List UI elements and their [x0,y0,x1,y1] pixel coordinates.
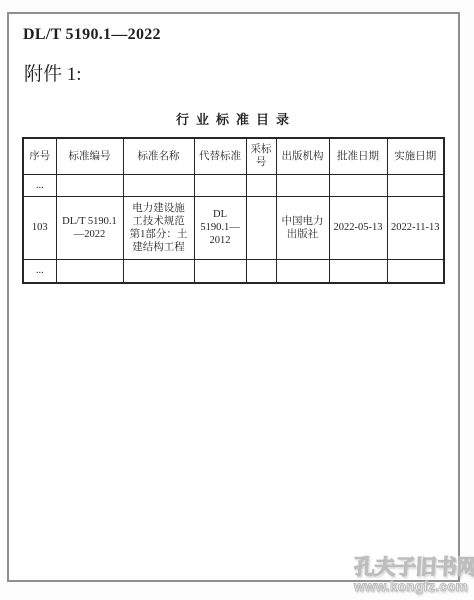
col-header-implementation-date: 实施日期 [387,138,444,174]
cell-seq: 103 [23,196,56,259]
cell-standard-name: 电力建设施 工技术规范 第1部分：土 建结构工程 [123,196,194,259]
cell-replaced-standard: DL 5190.1— 2012 [194,196,246,259]
col-header-replaced-standard: 代替标准 [194,138,246,174]
cell-seq: ... [23,174,56,196]
attachment-label: 附件 1: [24,59,82,86]
cell-approval-date [329,259,387,283]
cell-adopted-number [246,174,276,196]
col-header-seq: 序号 [23,138,56,174]
col-header-standard-number: 标准编号 [56,138,123,174]
watermark-site-name: 孔夫子旧书网 [353,551,474,581]
cell-standard-number [56,174,123,196]
cell-implementation-date [387,259,444,283]
cell-publisher: 中国电力 出版社 [276,196,329,259]
table-row-103: 103 DL/T 5190.1 —2022 电力建设施 工技术规范 第1部分：土… [23,196,444,259]
table-header-row: 序号 标准编号 标准名称 代替标准 采标 号 出版机构 批准日期 实施日期 [23,138,444,174]
cell-approval-date [329,174,387,196]
cell-approval-date: 2022-05-13 [329,196,387,259]
table-row-ellipsis-top: ... [23,174,444,196]
cell-standard-number [56,259,123,283]
cell-standard-name [123,174,194,196]
cell-replaced-standard [194,259,246,283]
cell-replaced-standard [194,174,246,196]
table-title: 行业标准目录 [22,109,443,128]
standard-code-heading: DL/T 5190.1—2022 [23,26,161,44]
cell-adopted-number [246,196,276,259]
cell-implementation-date: 2022-11-13 [387,196,444,259]
cell-publisher [276,259,329,283]
scanned-document-page: DL/T 5190.1—2022 附件 1: 行业标准目录 序号 标准编号 标准… [0,0,474,600]
col-header-standard-name: 标准名称 [123,138,194,174]
cell-publisher [276,174,329,196]
cell-standard-name [123,259,194,283]
page-border [7,12,460,582]
col-header-adopted-number: 采标 号 [246,138,276,174]
cell-implementation-date [387,174,444,196]
cell-standard-number: DL/T 5190.1 —2022 [56,196,123,259]
col-header-approval-date: 批准日期 [329,138,387,174]
table-row-ellipsis-bottom: ... [23,259,444,283]
col-header-publisher: 出版机构 [276,138,329,174]
watermark: 孔夫子旧书网 www.kongfz.com [354,551,474,594]
cell-adopted-number [246,259,276,283]
watermark-site-url: www.kongfz.com [354,579,474,594]
cell-seq: ... [23,259,56,283]
industry-standards-table: 序号 标准编号 标准名称 代替标准 采标 号 出版机构 批准日期 实施日期 ..… [22,137,445,284]
